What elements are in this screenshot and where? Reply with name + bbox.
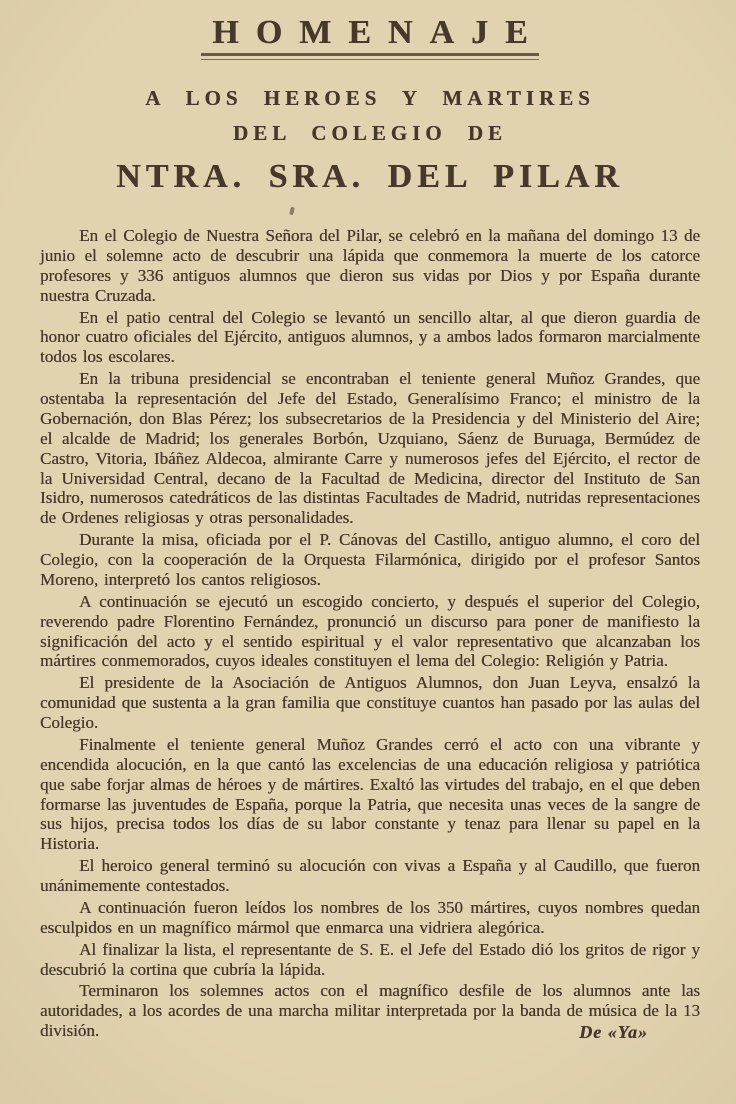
- scanned-page: HOMENAJE A LOS HEROES Y MARTIRES DEL COL…: [0, 0, 736, 1104]
- article-body: En el Colegio de Nuestra Señora del Pila…: [40, 226, 700, 1043]
- article-subtitle-line3: NTRA. SRA. DEL PILAR: [40, 158, 700, 196]
- paragraph: En la tribuna presidencial se encontraba…: [40, 369, 700, 528]
- paragraph: A continuación se ejecutó un escogido co…: [40, 592, 700, 672]
- paragraph: El presidente de la Asociación de Antigu…: [40, 673, 700, 733]
- paragraph: Al finalizar la lista, el representante …: [40, 940, 700, 980]
- paragraph: El heroico general terminó su alocución …: [40, 856, 700, 896]
- paragraph: En el patio central del Colegio se levan…: [40, 308, 700, 368]
- paragraph: A continuación fueron leídos los nombres…: [40, 898, 700, 938]
- ink-speck: [289, 207, 295, 216]
- paragraph: Finalmente el teniente general Muñoz Gra…: [40, 735, 700, 854]
- article-subtitle-line2: DEL COLEGIO DE: [40, 121, 700, 146]
- paragraph: En el Colegio de Nuestra Señora del Pila…: [40, 226, 700, 306]
- title-underline: [201, 53, 539, 60]
- article-header: HOMENAJE A LOS HEROES Y MARTIRES DEL COL…: [40, 8, 700, 196]
- article-title: HOMENAJE: [212, 14, 544, 52]
- attribution: De «Ya»: [40, 1022, 700, 1043]
- paragraph: Durante la misa, oficiada por el P. Cáno…: [40, 530, 700, 590]
- article-subtitle-line1: A LOS HEROES Y MARTIRES: [40, 86, 700, 111]
